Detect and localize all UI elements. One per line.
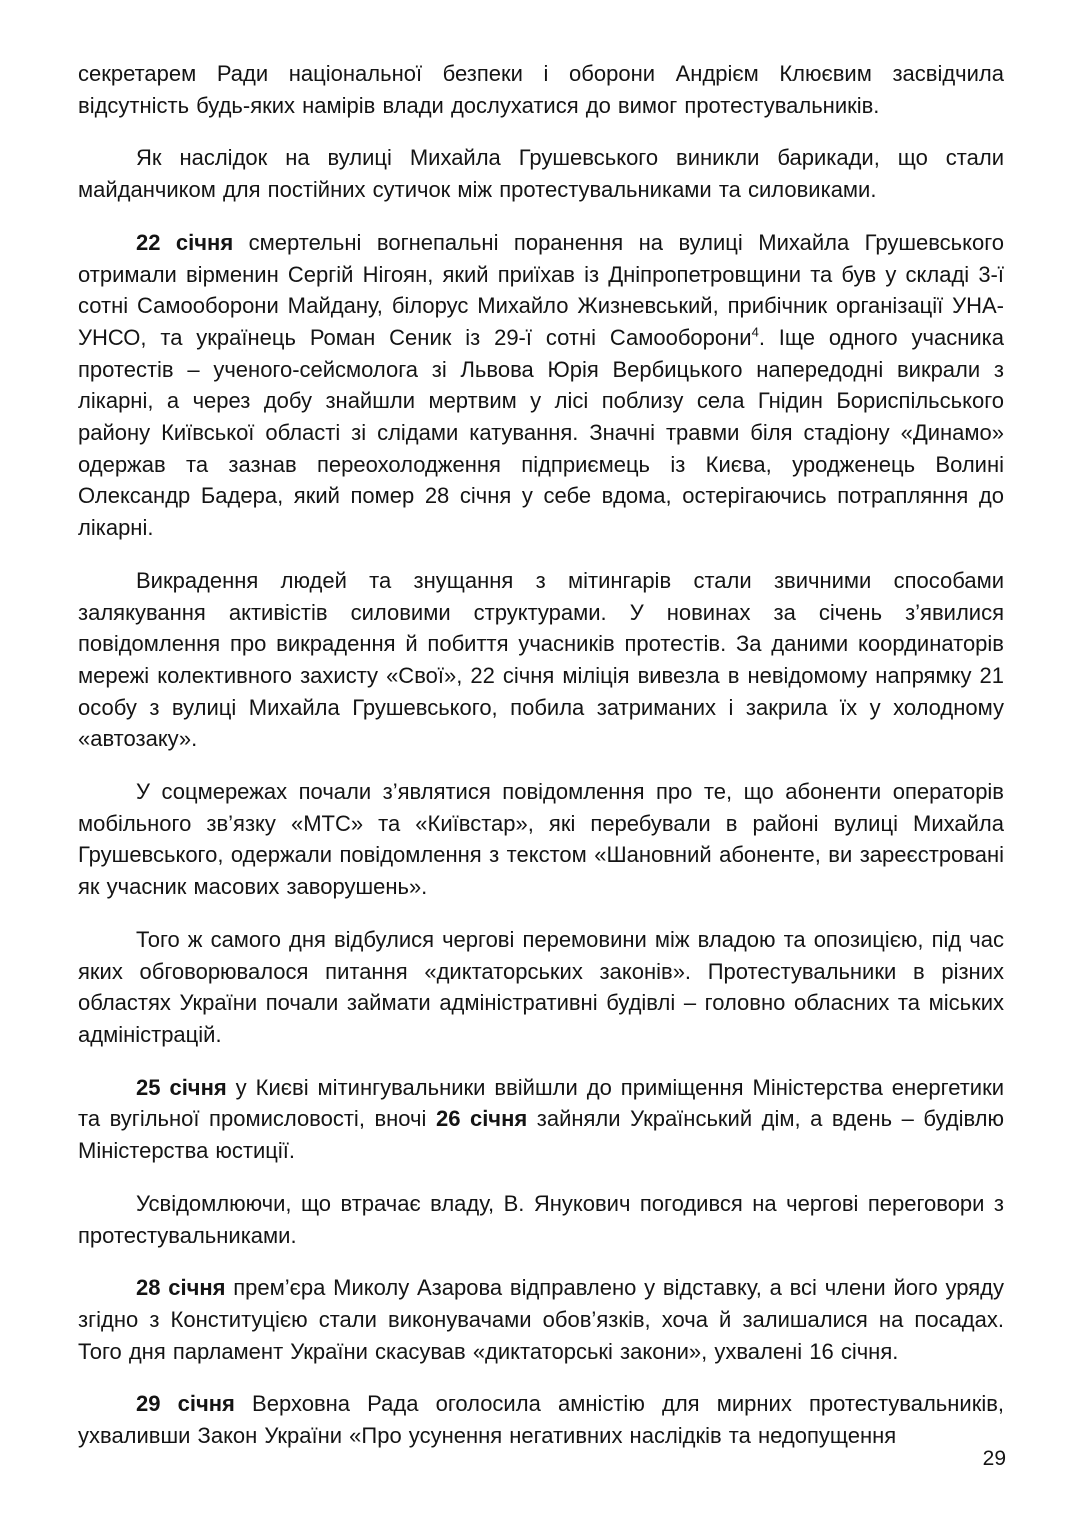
- text-run: У соцмережах почали з’являтися повідомле…: [78, 779, 1004, 899]
- paragraph: 25 січня у Києві мітингувальники ввійшли…: [78, 1072, 1004, 1167]
- paragraph: секретарем Ради національної безпеки і о…: [78, 58, 1004, 121]
- text-run: секретарем Ради національної безпеки і о…: [78, 61, 1004, 118]
- paragraph: 29 січня Верховна Рада оголосила амністі…: [78, 1388, 1004, 1451]
- paragraph: 22 січня смертельні вогнепальні пораненн…: [78, 227, 1004, 544]
- date-bold: 26 січня: [436, 1106, 527, 1131]
- paragraph: Як наслідок на вулиці Михайла Грушевсько…: [78, 142, 1004, 205]
- footnote-marker: 4: [752, 325, 759, 340]
- text-run: . Іще одного учасника протестів – ученог…: [78, 325, 1004, 540]
- paragraph: Усвідомлюючи, що втрачає владу, В. Януко…: [78, 1188, 1004, 1251]
- date-bold: 25 січня: [136, 1075, 227, 1100]
- text-run: Як наслідок на вулиці Михайла Грушевсько…: [78, 145, 1004, 202]
- paragraph: Викрадення людей та знущання з мітингарі…: [78, 565, 1004, 755]
- date-bold: 29 січня: [136, 1391, 235, 1416]
- text-run: Викрадення людей та знущання з мітингарі…: [78, 568, 1004, 752]
- date-bold: 22 січня: [136, 230, 233, 255]
- date-bold: 28 січня: [136, 1275, 226, 1300]
- document-content: секретарем Ради національної безпеки і о…: [78, 58, 1004, 1473]
- paragraph: У соцмережах почали з’являтися повідомле…: [78, 776, 1004, 903]
- text-run: Усвідомлюючи, що втрачає владу, В. Януко…: [78, 1191, 1004, 1248]
- page-number: 29: [983, 1447, 1006, 1471]
- text-run: Того ж самого дня відбулися чергові пере…: [78, 927, 1004, 1047]
- document-page: секретарем Ради національної безпеки і о…: [0, 0, 1080, 1525]
- paragraph: 28 січня прем’єра Миколу Азарова відправ…: [78, 1272, 1004, 1367]
- paragraph: Того ж самого дня відбулися чергові пере…: [78, 924, 1004, 1051]
